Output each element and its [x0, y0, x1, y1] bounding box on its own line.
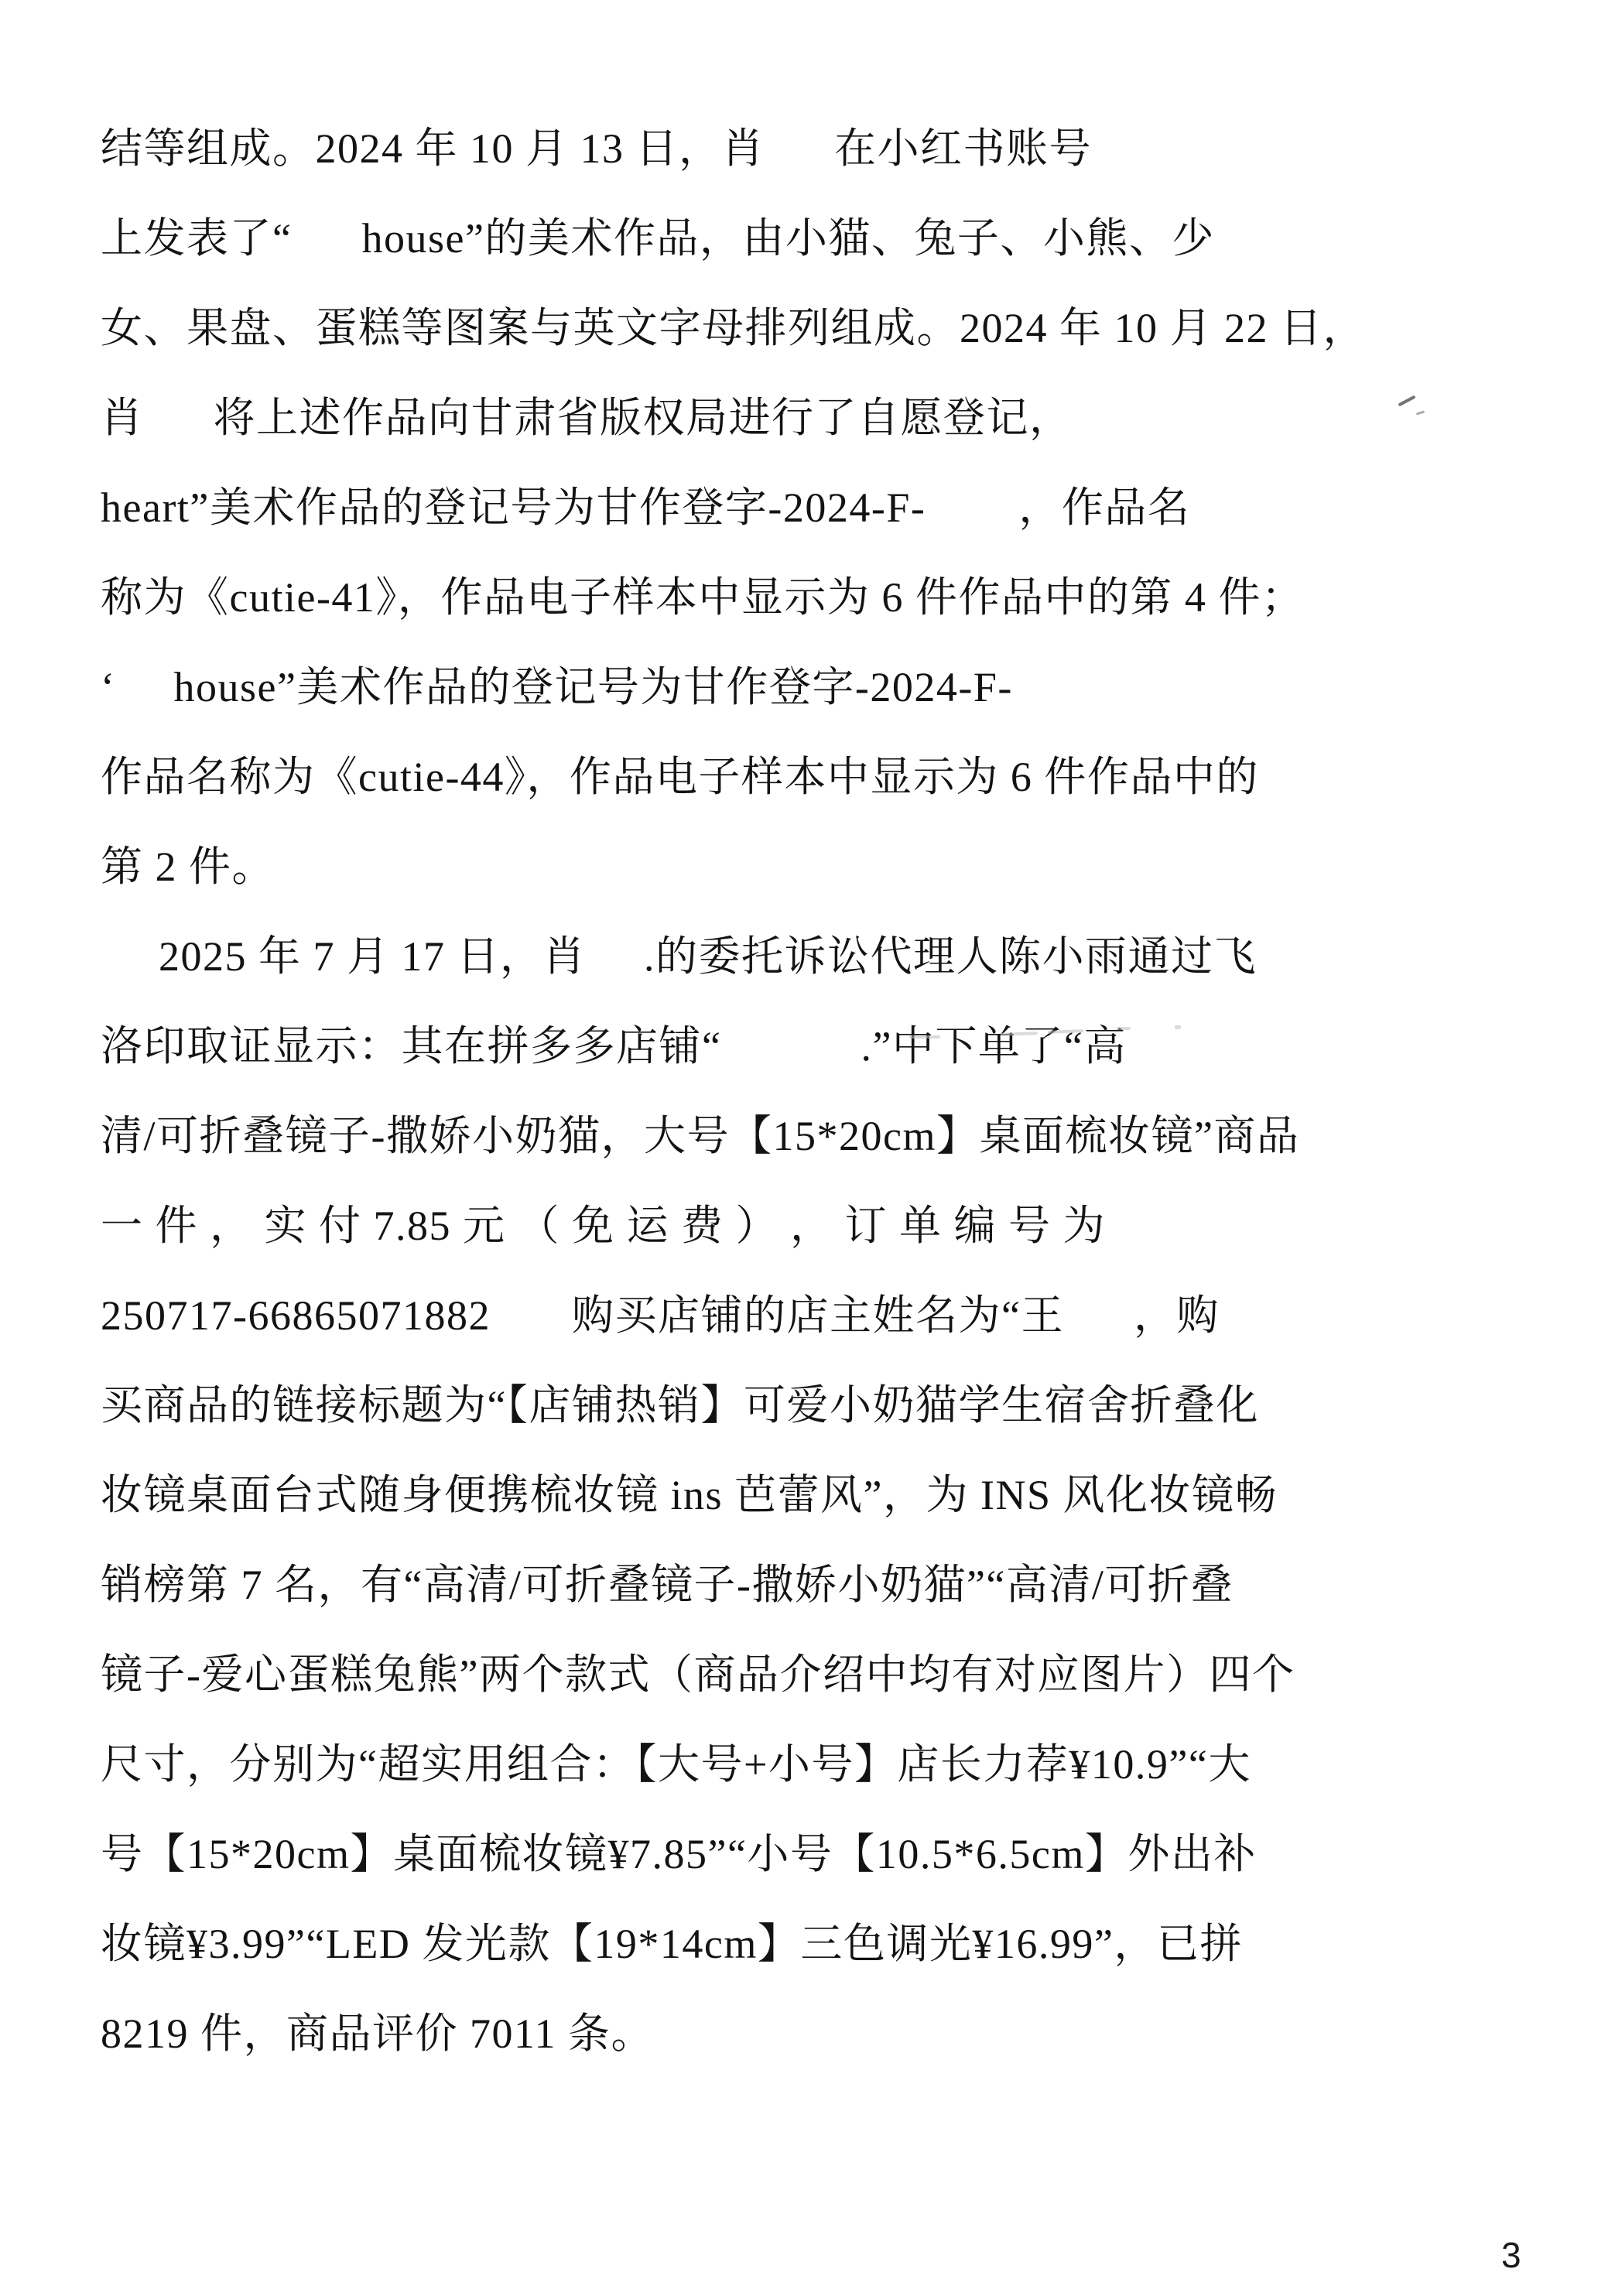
- text-line: 妆镜¥3.99”“LED 发光款【19*14cm】三色调光¥16.99”，已拼: [101, 1899, 1532, 1989]
- text-line: 买商品的链接标题为“【店铺热销】可爱小奶猫学生宿舍折叠化: [101, 1360, 1532, 1450]
- text-line: 250717-66865071882 购买店铺的店主姓名为“王 ，购: [101, 1271, 1532, 1360]
- text-line: 销榜第 7 名，有“高清/可折叠镜子-撒娇小奶猫”“高清/可折叠: [101, 1540, 1532, 1630]
- text-line: 结等组成。2024 年 10 月 13 日，肖 在小红书账号: [101, 104, 1532, 193]
- text-line: 第 2 件。: [101, 822, 1532, 912]
- text-line: 清/可折叠镜子-撒娇小奶猫，大号【15*20cm】桌面梳妆镜”商品: [101, 1091, 1532, 1181]
- text-line: ‘ house”美术作品的登记号为甘作登字-2024-F-: [101, 642, 1532, 732]
- text-line: 女、果盘、蛋糕等图案与英文字母排列组成。2024 年 10 月 22 日，: [101, 283, 1532, 373]
- text-line: 8219 件，商品评价 7011 条。: [101, 1989, 1532, 2079]
- document-body: 结等组成。2024 年 10 月 13 日，肖 在小红书账号 上发表了“ hou…: [101, 104, 1532, 2079]
- text-line: 号【15*20cm】桌面梳妆镜¥7.85”“小号【10.5*6.5cm】外出补: [101, 1809, 1532, 1899]
- text-line: 作品名称为《cutie-44》，作品电子样本中显示为 6 件作品中的: [101, 732, 1532, 822]
- text-line: 肖 将上述作品向甘肃省版权局进行了自愿登记，: [101, 373, 1532, 463]
- text-line: heart”美术作品的登记号为甘作登字-2024-F- ，作品名: [101, 463, 1532, 553]
- text-line: 妆镜桌面台式随身便携梳妆镜 ins 芭蕾风”，为 INS 风化妆镜畅: [101, 1450, 1532, 1540]
- scanned-legal-document-page: 结等组成。2024 年 10 月 13 日，肖 在小红书账号 上发表了“ hou…: [0, 0, 1622, 2296]
- text-line: 2025 年 7 月 17 日，肖 .的委托诉讼代理人陈小雨通过飞: [101, 912, 1532, 1001]
- text-line: 上发表了“ house”的美术作品，由小猫、兔子、小熊、少: [101, 193, 1532, 283]
- text-line: 尺寸，分别为“超实用组合：【大号+小号】店长力荐¥10.9”“大: [101, 1719, 1532, 1809]
- page-number: 3: [1501, 2232, 1521, 2278]
- scan-artifact-smudge: [1117, 1027, 1131, 1030]
- scan-artifact-smudge: [1175, 1025, 1181, 1029]
- scan-artifact-smudge: [909, 1035, 940, 1039]
- text-line: 镜子-爱心蛋糕兔熊”两个款式（商品介绍中均有对应图片）四个: [101, 1630, 1532, 1719]
- text-line: 洛印取证显示：其在拼多多店铺“ .”中下单了“高: [101, 1001, 1532, 1091]
- text-line: 一 件 ， 实 付 7.85 元 （ 免 运 费 ） ， 订 单 编 号 为: [101, 1181, 1532, 1271]
- text-line: 称为《cutie-41》，作品电子样本中显示为 6 件作品中的第 4 件；: [101, 553, 1532, 642]
